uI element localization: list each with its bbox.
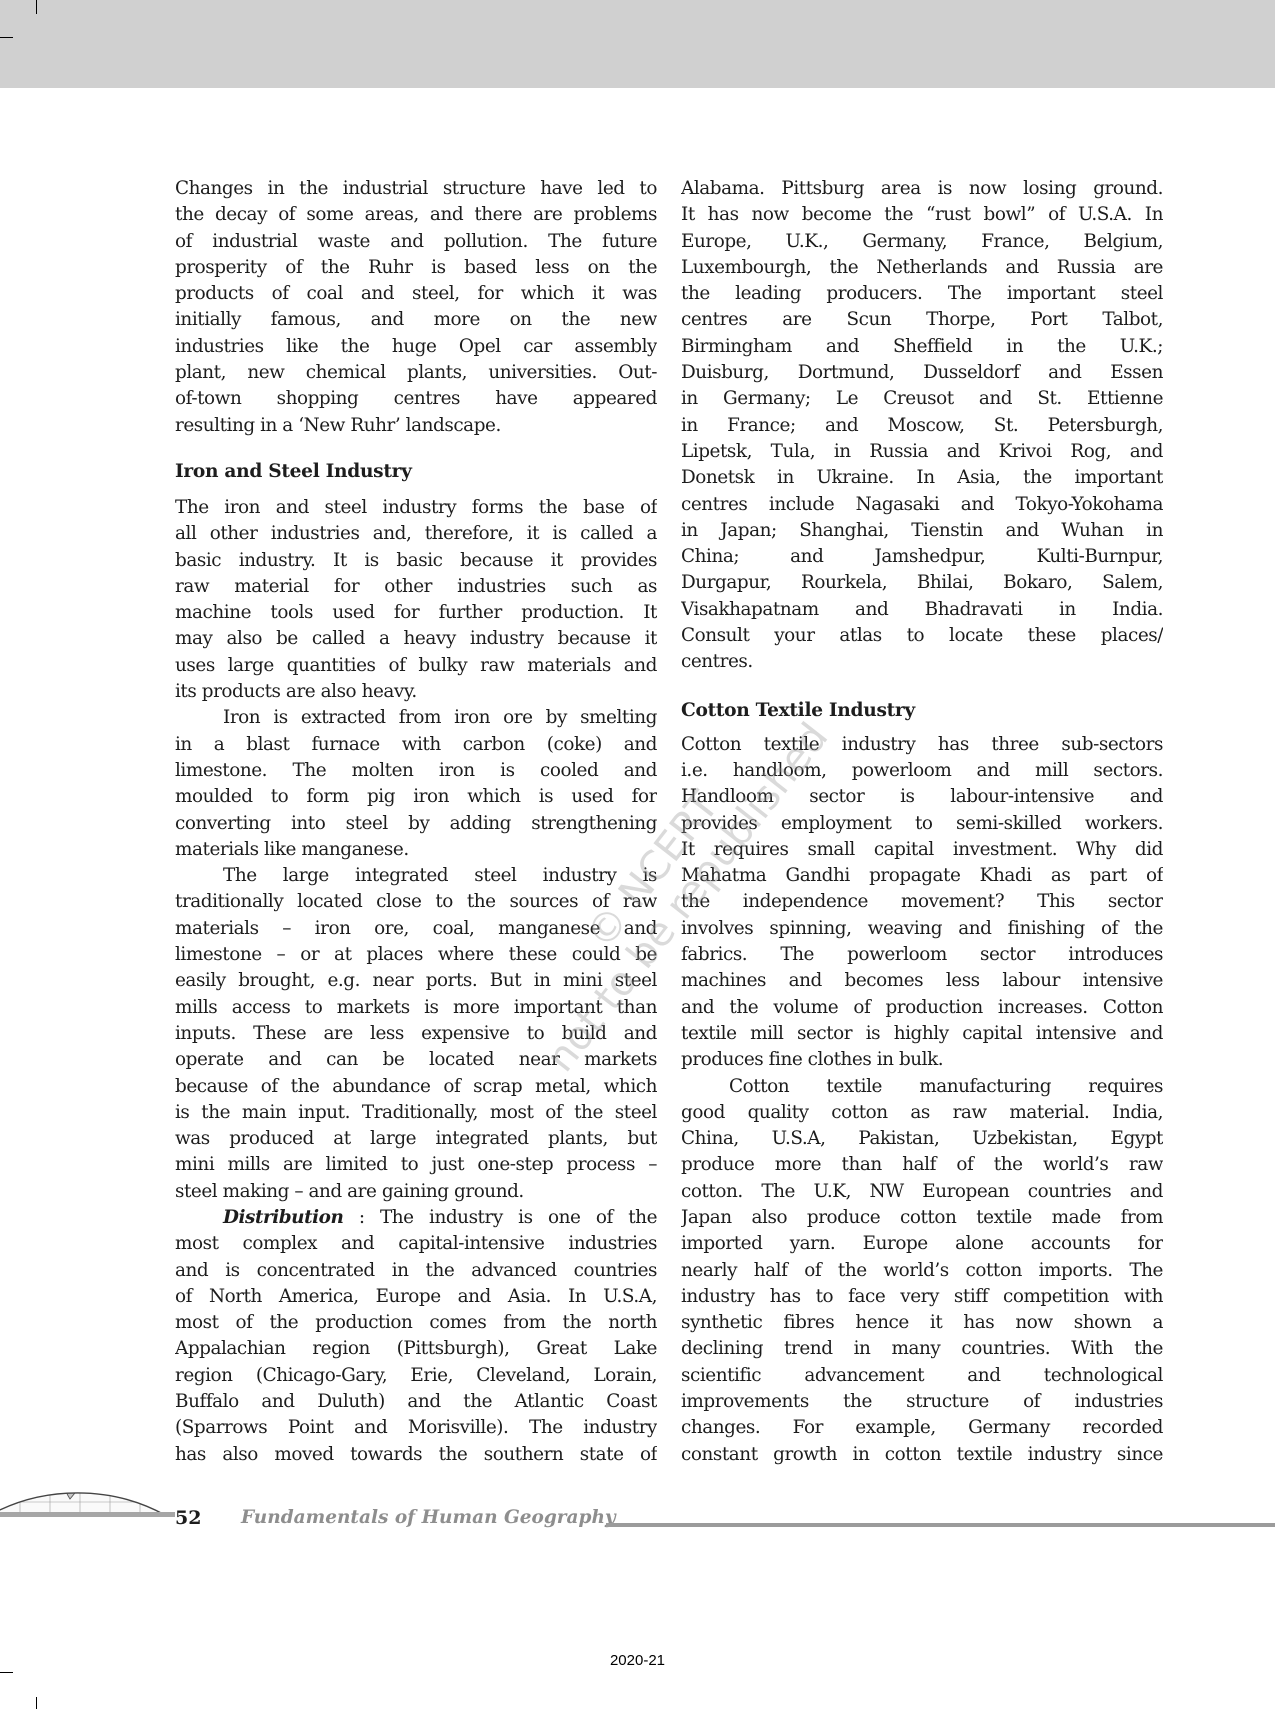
globe-map-icon: [0, 1367, 175, 1517]
text-line: produces fine clothes in bulk.: [681, 1047, 1163, 1073]
text-line: Japan also produce cotton textile made f…: [681, 1205, 1163, 1231]
text-line: Cotton textile industry has three sub-se…: [681, 732, 1163, 758]
text-line: constant growth in cotton textile indust…: [681, 1442, 1163, 1468]
text-line: China, U.S.A, Pakistan, Uzbekistan, Egyp…: [681, 1126, 1163, 1152]
distribution-paragraph: Distribution : The industry is one of th…: [175, 1205, 657, 1468]
text-line: materials like manganese.: [175, 837, 657, 863]
text-line: Visakhapatnam and Bhadravati in India.: [681, 597, 1163, 623]
text-line: textile mill sector is highly capital in…: [681, 1021, 1163, 1047]
text-line: Appalachian region (Pittsburgh), Great L…: [175, 1336, 657, 1362]
text-line: Birmingham and Sheffield in the U.K.;: [681, 334, 1163, 360]
text-line: basic industry. It is basic because it p…: [175, 548, 657, 574]
text-line: Handloom sector is labour-intensive and: [681, 784, 1163, 810]
text-line: traditionally located close to the sourc…: [175, 889, 657, 915]
text-line: the leading producers. The important ste…: [681, 281, 1163, 307]
text-line: centres.: [681, 649, 1163, 675]
footer-rule: [606, 1523, 1275, 1527]
cotton-paragraph-2: Cotton textile manufacturing requires go…: [681, 1074, 1163, 1468]
text-line: Luxembourgh, the Netherlands and Russia …: [681, 255, 1163, 281]
text-line: the decay of some areas, and there are p…: [175, 202, 657, 228]
text-line: and is concentrated in the advanced coun…: [175, 1258, 657, 1284]
text-line: involves spinning, weaving and finishing…: [681, 916, 1163, 942]
text-line: Iron is extracted from iron ore by smelt…: [175, 705, 657, 731]
text-line: the independence movement? This sector: [681, 889, 1163, 915]
text-line: Duisburg, Dortmund, Dusseldorf and Essen: [681, 360, 1163, 386]
text-line: limestone – or at places where these cou…: [175, 942, 657, 968]
text-line: raw material for other industries such a…: [175, 574, 657, 600]
text-line: was produced at large integrated plants,…: [175, 1126, 657, 1152]
crop-mark-top-horizontal: [0, 37, 13, 38]
text-line: imported yarn. Europe alone accounts for: [681, 1231, 1163, 1257]
text-line: machine tools used for further productio…: [175, 600, 657, 626]
text-line: Durgapur, Rourkela, Bhilai, Bokaro, Sale…: [681, 570, 1163, 596]
text-line: centres are Scun Thorpe, Port Talbot,: [681, 307, 1163, 333]
text-line: products of coal and steel, for which it…: [175, 281, 657, 307]
cotton-paragraph-1: Cotton textile industry has three sub-se…: [681, 732, 1163, 1074]
crop-mark-bottom-vertical: [36, 1697, 37, 1709]
text-line: The iron and steel industry forms the ba…: [175, 495, 657, 521]
text-line: in Japan; Shanghai, Tienstin and Wuhan i…: [681, 518, 1163, 544]
text-line: of North America, Europe and Asia. In U.…: [175, 1284, 657, 1310]
text-line: industries like the huge Opel car assemb…: [175, 334, 657, 360]
text-line: in Germany; Le Creusot and St. Ettienne: [681, 386, 1163, 412]
book-title: Fundamentals of Human Geography: [241, 1507, 616, 1528]
iron-steel-paragraph-1: The iron and steel industry forms the ba…: [175, 495, 657, 705]
text-line: because of the abundance of scrap metal,…: [175, 1074, 657, 1100]
text-line: Donetsk in Ukraine. In Asia, the importa…: [681, 465, 1163, 491]
text-line: uses large quantities of bulky raw mater…: [175, 653, 657, 679]
crop-mark-top-vertical: [36, 0, 37, 14]
text-line: changes. For example, Germany recorded: [681, 1415, 1163, 1441]
text-line: materials – iron ore, coal, manganese an…: [175, 916, 657, 942]
text-line: nearly half of the world’s cotton import…: [681, 1258, 1163, 1284]
right-column: Alabama. Pittsburg area is now losing gr…: [681, 176, 1163, 1468]
iron-steel-paragraph-2: Iron is extracted from iron ore by smelt…: [175, 705, 657, 863]
text-line: limestone. The molten iron is cooled and: [175, 758, 657, 784]
text-line: mini mills are limited to just one-step …: [175, 1152, 657, 1178]
text-line: It has now become the “rust bowl” of U.S…: [681, 202, 1163, 228]
text-line: China; and Jamshedpur, Kulti-Burnpur,: [681, 544, 1163, 570]
section-heading-cotton-textile: Cotton Textile Industry: [681, 698, 1163, 724]
text-line: converting into steel by adding strength…: [175, 811, 657, 837]
text-line: Buffalo and Duluth) and the Atlantic Coa…: [175, 1389, 657, 1415]
text-line: in France; and Moscow, St. Petersburgh,: [681, 413, 1163, 439]
text-line: of industrial waste and pollution. The f…: [175, 229, 657, 255]
text-line: improvements the structure of industries: [681, 1389, 1163, 1415]
text-line: produce more than half of the world’s ra…: [681, 1152, 1163, 1178]
text-line: Europe, U.K., Germany, France, Belgium,: [681, 229, 1163, 255]
text-line: resulting in a ‘New Ruhr’ landscape.: [175, 413, 657, 439]
text-line: inputs. These are less expensive to buil…: [175, 1021, 657, 1047]
text-line: Changes in the industrial structure have…: [175, 176, 657, 202]
text-line: and the volume of production increases. …: [681, 995, 1163, 1021]
text-line: easily brought, e.g. near ports. But in …: [175, 968, 657, 994]
text-line: Lipetsk, Tula, in Russia and Krivoi Rog,…: [681, 439, 1163, 465]
text-line: of-town shopping centres have appeared: [175, 386, 657, 412]
text-line: centres include Nagasaki and Tokyo-Yokoh…: [681, 492, 1163, 518]
text-line: fabrics. The powerloom sector introduces: [681, 942, 1163, 968]
text-line: cotton. The U.K, NW European countries a…: [681, 1179, 1163, 1205]
page-top-band: [0, 0, 1275, 88]
text-line: i.e. handloom, powerloom and mill sector…: [681, 758, 1163, 784]
text-line: Mahatma Gandhi propagate Khadi as part o…: [681, 863, 1163, 889]
text-line: scientific advancement and technological: [681, 1363, 1163, 1389]
text-line: provides employment to semi-skilled work…: [681, 811, 1163, 837]
page-number: 52: [175, 1507, 201, 1529]
year-stamp: 2020-21: [0, 1652, 1275, 1669]
text-line: Cotton textile manufacturing requires: [681, 1074, 1163, 1100]
text-line: good quality cotton as raw material. Ind…: [681, 1100, 1163, 1126]
text-line: operate and can be located near markets: [175, 1047, 657, 1073]
steel-centres-paragraph: Alabama. Pittsburg area is now losing gr…: [681, 176, 1163, 676]
text-line: steel making – and are gaining ground.: [175, 1179, 657, 1205]
text-line: declining trend in many countries. With …: [681, 1336, 1163, 1362]
text-line: most of the production comes from the no…: [175, 1310, 657, 1336]
left-column: Changes in the industrial structure have…: [175, 176, 657, 1468]
intro-paragraph: Changes in the industrial structure have…: [175, 176, 657, 439]
text-line: has also moved towards the southern stat…: [175, 1442, 657, 1468]
text-run: : The industry is one of the: [343, 1207, 657, 1228]
text-line: machines and becomes less labour intensi…: [681, 968, 1163, 994]
text-line: Distribution : The industry is one of th…: [175, 1205, 657, 1231]
text-line: its products are also heavy.: [175, 679, 657, 705]
text-line: initially famous, and more on the new: [175, 307, 657, 333]
text-line: Alabama. Pittsburg area is now losing gr…: [681, 176, 1163, 202]
crop-mark-bottom-horizontal: [0, 1672, 13, 1673]
text-line: prosperity of the Ruhr is based less on …: [175, 255, 657, 281]
text-line: moulded to form pig iron which is used f…: [175, 784, 657, 810]
text-line: most complex and capital-intensive indus…: [175, 1231, 657, 1257]
text-line: (Sparrows Point and Morisville). The ind…: [175, 1415, 657, 1441]
text-line: The large integrated steel industry is: [175, 863, 657, 889]
iron-steel-paragraph-3: The large integrated steel industry is t…: [175, 863, 657, 1205]
text-line: is the main input. Traditionally, most o…: [175, 1100, 657, 1126]
text-line: synthetic fibres hence it has now shown …: [681, 1310, 1163, 1336]
text-line: industry has to face very stiff competit…: [681, 1284, 1163, 1310]
text-line: plant, new chemical plants, universities…: [175, 360, 657, 386]
text-line: all other industries and, therefore, it …: [175, 521, 657, 547]
text-line: may also be called a heavy industry beca…: [175, 626, 657, 652]
page-footer: 52 Fundamentals of Human Geography: [175, 1507, 1275, 1537]
distribution-label: Distribution: [223, 1207, 343, 1228]
text-line: in a blast furnace with carbon (coke) an…: [175, 732, 657, 758]
text-line: region (Chicago-Gary, Erie, Cleveland, L…: [175, 1363, 657, 1389]
text-line: Consult your atlas to locate these place…: [681, 623, 1163, 649]
text-line: mills access to markets is more importan…: [175, 995, 657, 1021]
text-line: It requires small capital investment. Wh…: [681, 837, 1163, 863]
section-heading-iron-steel: Iron and Steel Industry: [175, 459, 657, 485]
